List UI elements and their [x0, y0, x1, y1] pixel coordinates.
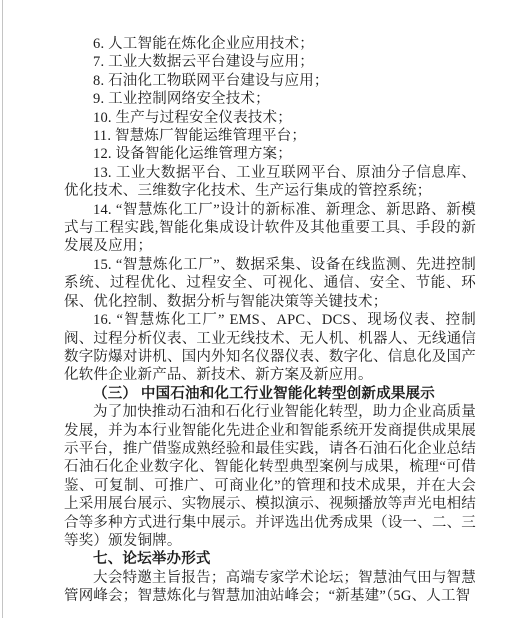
list-item-9: 9. 工业控制网络安全技术； [64, 90, 476, 108]
list-item-13: 13. 工业大数据平台、工业互联网平台、原油分子信息库、优化技术、三维数字化技术… [64, 164, 476, 201]
list-item-6: 6. 人工智能在炼化企业应用技术； [64, 35, 476, 53]
document-body: 6. 人工智能在炼化企业应用技术； 7. 工业大数据云平台建设与应用； 8. 石… [64, 35, 476, 606]
list-item-8: 8. 石油化工物联网平台建设与应用； [64, 72, 476, 90]
list-item-10: 10. 生产与过程安全仪表技术； [64, 109, 476, 127]
section-3-heading: （三） 中国石油和化工行业智能化转型创新成果展示 [64, 385, 476, 403]
section-7-heading: 七、论坛举办形式 [64, 550, 476, 568]
list-item-12: 12. 设备智能化运维管理方案； [64, 145, 476, 163]
list-item-7: 7. 工业大数据云平台建设与应用； [64, 53, 476, 71]
section-3-paragraph: 为了加快推动石油和石化行业智能化转型，助力企业高质量发展，并为本行业智能化先进企… [64, 403, 476, 550]
list-item-14: 14. “智慧炼化工厂”设计的新标准、新理念、新思路、新模式与工程实践,智能化集… [64, 201, 476, 256]
list-item-15: 15. “智慧炼化工厂”、数据采集、设备在线监测、先进控制系统、过程优化、过程安… [64, 256, 476, 311]
list-item-11: 11. 智慧炼厂智能运维管理平台； [64, 127, 476, 145]
page-edge-line [2, 0, 3, 618]
list-item-16: 16. “智慧炼化工厂” EMS、APC、DCS、现场仪表、控制阀、过程分析仪表… [64, 311, 476, 385]
section-7-paragraph: 大会特邀主旨报告；高端专家学术论坛；智慧油气田与智慧管网峰会；智慧炼化与智慧加油… [64, 569, 476, 606]
document-page: 6. 人工智能在炼化企业应用技术； 7. 工业大数据云平台建设与应用； 8. 石… [0, 0, 530, 618]
